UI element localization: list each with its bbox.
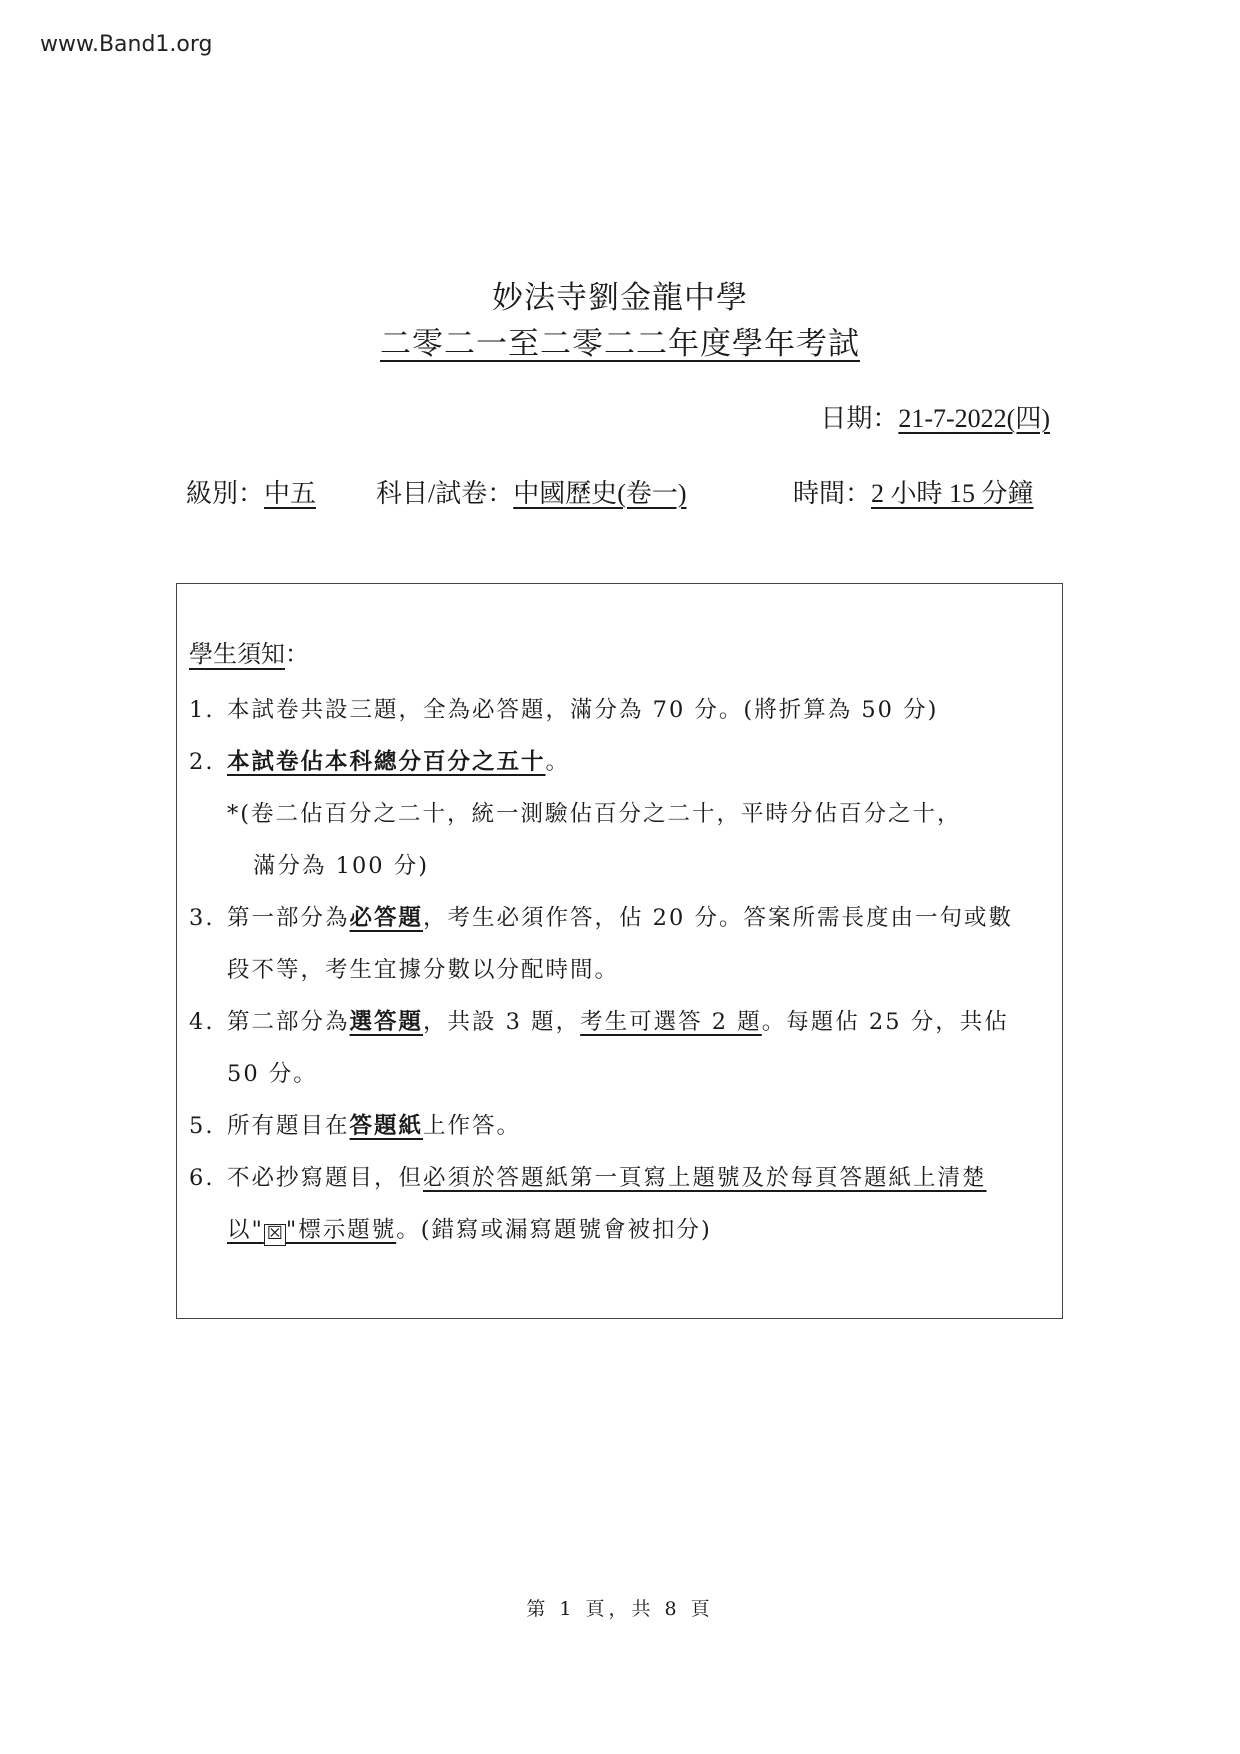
notice-number: 3. bbox=[189, 892, 227, 944]
notice-3-line-2: 段不等，考生宜據分數以分配時間。 bbox=[189, 944, 1049, 996]
exam-date: 日期：21-7-2022(四) bbox=[820, 398, 1050, 435]
checked-box-icon: ☒ bbox=[264, 1224, 286, 1246]
exam-title: 二零二一至二零二二年度學年考試 bbox=[0, 318, 1240, 363]
notice-heading: 學生須知： bbox=[189, 634, 309, 669]
student-notice-box: 學生須知： 1. 本試卷共設三題，全為必答題，滿分為 70 分。(將折算為 50… bbox=[176, 583, 1063, 1319]
notice-2-note-line-2: 滿分為 100 分) bbox=[189, 840, 1049, 892]
notice-number: 1. bbox=[189, 684, 227, 736]
notice-underline: 以"☒"標示題號 bbox=[227, 1217, 396, 1243]
notice-item-4: 4. 第二部分為選答題，共設 3 題，考生可選答 2 題。每題佔 25 分，共佔 bbox=[189, 996, 1049, 1048]
notice-text: 第一部分為必答題，考生必須作答，佔 20 分。答案所需長度由一句或數 bbox=[227, 892, 1049, 944]
notice-heading-text: 學生須知 bbox=[189, 640, 285, 668]
notice-text: 本試卷佔本科總分百分之五十。 bbox=[227, 736, 1049, 788]
time-value: 2 小時 15 分鐘 bbox=[871, 479, 1034, 508]
notice-list: 1. 本試卷共設三題，全為必答題，滿分為 70 分。(將折算為 50 分) 2.… bbox=[189, 684, 1049, 1256]
notice-underline: 考生可選答 2 題 bbox=[580, 1009, 762, 1035]
notice-item-2: 2. 本試卷佔本科總分百分之五十。 bbox=[189, 736, 1049, 788]
notice-heading-colon: ： bbox=[285, 640, 309, 668]
date-value: 21-7-2022(四) bbox=[898, 404, 1050, 433]
notice-text: 本試卷共設三題，全為必答題，滿分為 70 分。(將折算為 50 分) bbox=[227, 684, 1049, 736]
notice-emphasis: 選答題 bbox=[350, 1009, 424, 1035]
notice-segment: 以" bbox=[227, 1217, 264, 1243]
notice-segment: 不必抄寫題目，但 bbox=[227, 1165, 423, 1191]
notice-emphasis: 必答題 bbox=[350, 905, 424, 931]
notice-text: 不必抄寫題目，但必須於答題紙第一頁寫上題號及於每頁答題紙上清楚 bbox=[227, 1152, 1049, 1204]
notice-4-line-2: 50 分。 bbox=[189, 1048, 1049, 1100]
notice-emphasis: 本試卷佔本科總分百分之五十 bbox=[227, 749, 546, 775]
subject-field: 科目/試卷：中國歷史(卷一) bbox=[376, 473, 687, 510]
notice-item-1: 1. 本試卷共設三題，全為必答題，滿分為 70 分。(將折算為 50 分) bbox=[189, 684, 1049, 736]
notice-number: 5. bbox=[189, 1100, 227, 1152]
time-label: 時間： bbox=[793, 479, 871, 508]
notice-segment: 。 bbox=[546, 749, 571, 775]
page-indicator: 第 1 頁，共 8 頁 bbox=[0, 1594, 1240, 1621]
notice-segment: 所有題目在 bbox=[227, 1113, 350, 1139]
notice-item-5: 5. 所有題目在答題紙上作答。 bbox=[189, 1100, 1049, 1152]
school-name: 妙法寺劉金龍中學 bbox=[0, 272, 1240, 317]
notice-item-3: 3. 第一部分為必答題，考生必須作答，佔 20 分。答案所需長度由一句或數 bbox=[189, 892, 1049, 944]
notice-segment: ，共設 3 題， bbox=[423, 1009, 580, 1035]
subject-value: 中國歷史(卷一) bbox=[513, 479, 686, 508]
notice-segment: ，考生必須作答，佔 20 分。答案所需長度由一句或數 bbox=[423, 905, 1013, 931]
notice-number: 2. bbox=[189, 736, 227, 788]
notice-segment: 本試卷共設三題，全為必答題，滿分為 70 分。(將折算為 50 分) bbox=[227, 697, 938, 723]
notice-6-line-2: 以"☒"標示題號。(錯寫或漏寫題號會被扣分) bbox=[189, 1204, 1049, 1256]
notice-segment: 上作答。 bbox=[423, 1113, 521, 1139]
notice-underline: 必須於答題紙第一頁寫上題號及於每頁答題紙上清楚 bbox=[423, 1165, 987, 1191]
notice-segment: "標示題號 bbox=[286, 1217, 396, 1243]
notice-emphasis: 答題紙 bbox=[350, 1113, 424, 1139]
exam-title-text: 二零二一至二零二二年度學年考試 bbox=[380, 326, 860, 362]
date-label: 日期： bbox=[820, 404, 898, 433]
notice-number: 6. bbox=[189, 1152, 227, 1204]
subject-label: 科目/試卷： bbox=[376, 479, 513, 508]
notice-2-note-line-1: *(卷二佔百分之二十，統一測驗佔百分之二十，平時分佔百分之十， bbox=[189, 788, 1049, 840]
duration-field: 時間：2 小時 15 分鐘 bbox=[793, 473, 1034, 510]
grade-label: 級別： bbox=[186, 479, 264, 508]
grade-value: 中五 bbox=[264, 479, 316, 508]
notice-segment: 。(錯寫或漏寫題號會被扣分) bbox=[396, 1217, 712, 1243]
notice-number: 4. bbox=[189, 996, 227, 1048]
notice-segment: 第二部分為 bbox=[227, 1009, 350, 1035]
notice-text: 所有題目在答題紙上作答。 bbox=[227, 1100, 1049, 1152]
notice-segment: 第一部分為 bbox=[227, 905, 350, 931]
watermark-text: www.Band1.org bbox=[40, 32, 213, 57]
grade-field: 級別：中五 bbox=[186, 473, 316, 510]
notice-segment: 。每題佔 25 分，共佔 bbox=[762, 1009, 1009, 1035]
notice-item-6: 6. 不必抄寫題目，但必須於答題紙第一頁寫上題號及於每頁答題紙上清楚 bbox=[189, 1152, 1049, 1204]
notice-text: 第二部分為選答題，共設 3 題，考生可選答 2 題。每題佔 25 分，共佔 bbox=[227, 996, 1049, 1048]
